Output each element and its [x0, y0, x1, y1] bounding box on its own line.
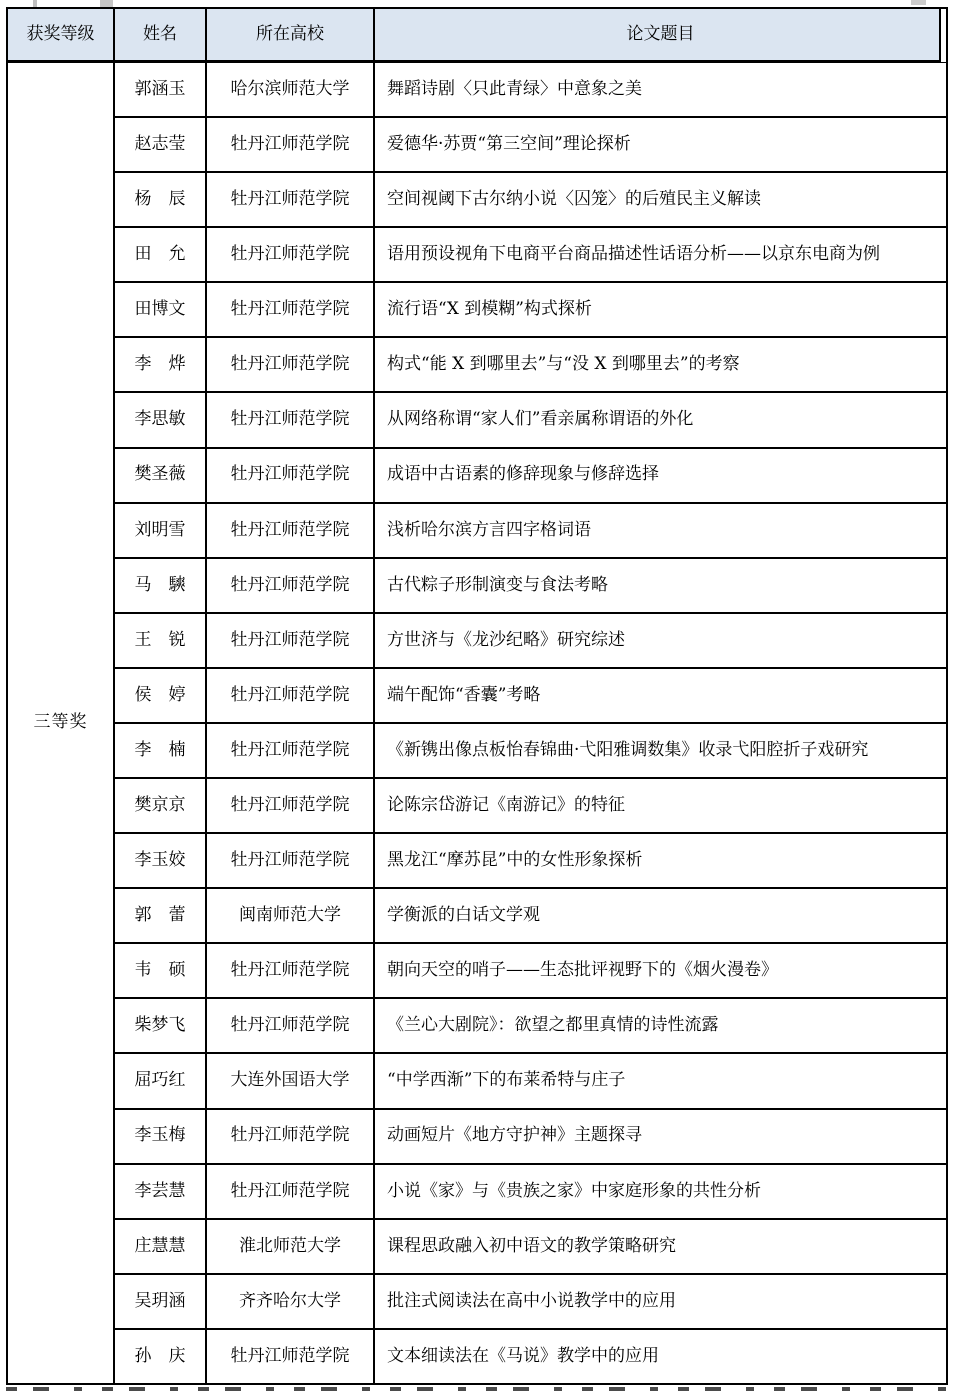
- row-university: 牡丹江师范学院: [205, 1108, 373, 1163]
- row-university: 牡丹江师范学院: [205, 391, 373, 446]
- row-university: 牡丹江师范学院: [205, 832, 373, 887]
- row-title: 课程思政融入初中语文的教学策略研究: [373, 1218, 946, 1273]
- row-title: 批注式阅读法在高中小说教学中的应用: [373, 1273, 946, 1328]
- row-name: 李思敏: [113, 391, 205, 446]
- row-name: 韦 硕: [113, 942, 205, 997]
- row-name: 赵志莹: [113, 116, 205, 171]
- row-title: 《新镌出像点板怡春锦曲·弋阳雅调数集》收录弋阳腔折子戏研究: [373, 722, 946, 777]
- row-university: 牡丹江师范学院: [205, 336, 373, 391]
- header-award-level: 获奖等级: [8, 9, 113, 61]
- row-university: 牡丹江师范学院: [205, 281, 373, 336]
- row-title: 成语中古语素的修辞现象与修辞选择: [373, 447, 946, 502]
- row-university: 哈尔滨师范大学: [205, 61, 373, 116]
- row-name: 庄慧慧: [113, 1218, 205, 1273]
- row-name: 李玉梅: [113, 1108, 205, 1163]
- row-title: 论陈宗岱游记《南游记》的特征: [373, 777, 946, 832]
- row-title: 朝向天空的哨子——生态批评视野下的《烟火漫卷》: [373, 942, 946, 997]
- row-name: 吴玥涵: [113, 1273, 205, 1328]
- row-university: 牡丹江师范学院: [205, 667, 373, 722]
- row-title: 构式“能 X 到哪里去”与“没 X 到哪里去”的考察: [373, 336, 946, 391]
- row-university: 齐齐哈尔大学: [205, 1273, 373, 1328]
- row-name: 李芸慧: [113, 1163, 205, 1218]
- award-level-cell: 三等奖: [8, 61, 113, 1383]
- row-university: 淮北师范大学: [205, 1218, 373, 1273]
- row-title: “中学西渐”下的布莱希特与庄子: [373, 1052, 946, 1107]
- row-title: 流行语“X 到模糊”构式探析: [373, 281, 946, 336]
- row-university: 牡丹江师范学院: [205, 557, 373, 612]
- row-title: 语用预设视角下电商平台商品描述性话语分析——以京东电商为例: [373, 226, 946, 281]
- row-university: 牡丹江师范学院: [205, 612, 373, 667]
- row-university: 牡丹江师范学院: [205, 226, 373, 281]
- ruler-fragment-icon: [911, 0, 926, 5]
- header-thesis-title: 论文题目: [373, 9, 946, 61]
- header-university: 所在高校: [205, 9, 373, 61]
- row-university: 闽南师范大学: [205, 887, 373, 942]
- document-page: 获奖等级 姓名 所在高校 论文题目 三等奖 郭涵玉 哈尔滨师范大学 舞蹈诗剧〈只…: [0, 0, 956, 1392]
- header-name: 姓名: [113, 9, 205, 61]
- row-title: 从网络称谓“家人们”看亲属称谓语的外化: [373, 391, 946, 446]
- row-title: 古代粽子形制演变与食法考略: [373, 557, 946, 612]
- row-title: 文本细读法在《马说》教学中的应用: [373, 1328, 946, 1383]
- row-title: 小说《家》与《贵族之家》中家庭形象的共性分析: [373, 1163, 946, 1218]
- row-university: 牡丹江师范学院: [205, 942, 373, 997]
- row-title: 动画短片《地方守护神》主题探寻: [373, 1108, 946, 1163]
- row-title: 黑龙江“摩苏昆”中的女性形象探析: [373, 832, 946, 887]
- row-university: 牡丹江师范学院: [205, 171, 373, 226]
- row-university: 牡丹江师范学院: [205, 502, 373, 557]
- row-title: 《兰心大剧院》：欲望之都里真情的诗性流露: [373, 997, 946, 1052]
- row-name: 李玉姣: [113, 832, 205, 887]
- row-university: 牡丹江师范学院: [205, 1328, 373, 1383]
- row-name: 樊圣薇: [113, 447, 205, 502]
- row-university: 牡丹江师范学院: [205, 116, 373, 171]
- row-name: 杨 辰: [113, 171, 205, 226]
- row-university: 牡丹江师范学院: [205, 1163, 373, 1218]
- row-title: 爱德华·苏贾“第三空间”理论探析: [373, 116, 946, 171]
- row-name: 刘明雪: [113, 502, 205, 557]
- clipped-next-row-marks: [6, 1387, 948, 1391]
- row-title: 空间视阈下古尔纳小说〈囚笼〉的后殖民主义解读: [373, 171, 946, 226]
- row-university: 牡丹江师范学院: [205, 722, 373, 777]
- row-title: 端午配饰“香囊”考略: [373, 667, 946, 722]
- row-name: 樊京京: [113, 777, 205, 832]
- row-name: 马 騻: [113, 557, 205, 612]
- row-name: 王 锐: [113, 612, 205, 667]
- row-name: 郭 蕾: [113, 887, 205, 942]
- row-name: 李 楠: [113, 722, 205, 777]
- row-university: 牡丹江师范学院: [205, 997, 373, 1052]
- row-name: 孙 庆: [113, 1328, 205, 1383]
- row-name: 柴梦飞: [113, 997, 205, 1052]
- row-name: 郭涵玉: [113, 61, 205, 116]
- row-university: 牡丹江师范学院: [205, 447, 373, 502]
- row-name: 田 允: [113, 226, 205, 281]
- header-right-border-notch: [939, 9, 946, 62]
- row-name: 屈巧红: [113, 1052, 205, 1107]
- row-name: 侯 婷: [113, 667, 205, 722]
- row-name: 田博文: [113, 281, 205, 336]
- row-university: 牡丹江师范学院: [205, 777, 373, 832]
- award-table: 获奖等级 姓名 所在高校 论文题目 三等奖 郭涵玉 哈尔滨师范大学 舞蹈诗剧〈只…: [6, 7, 948, 1385]
- row-name: 李 烨: [113, 336, 205, 391]
- row-title: 浅析哈尔滨方言四字格词语: [373, 502, 946, 557]
- row-title: 舞蹈诗剧〈只此青绿〉中意象之美: [373, 61, 946, 116]
- row-title: 学衡派的白话文学观: [373, 887, 946, 942]
- row-university: 大连外国语大学: [205, 1052, 373, 1107]
- row-title: 方世济与《龙沙纪略》研究综述: [373, 612, 946, 667]
